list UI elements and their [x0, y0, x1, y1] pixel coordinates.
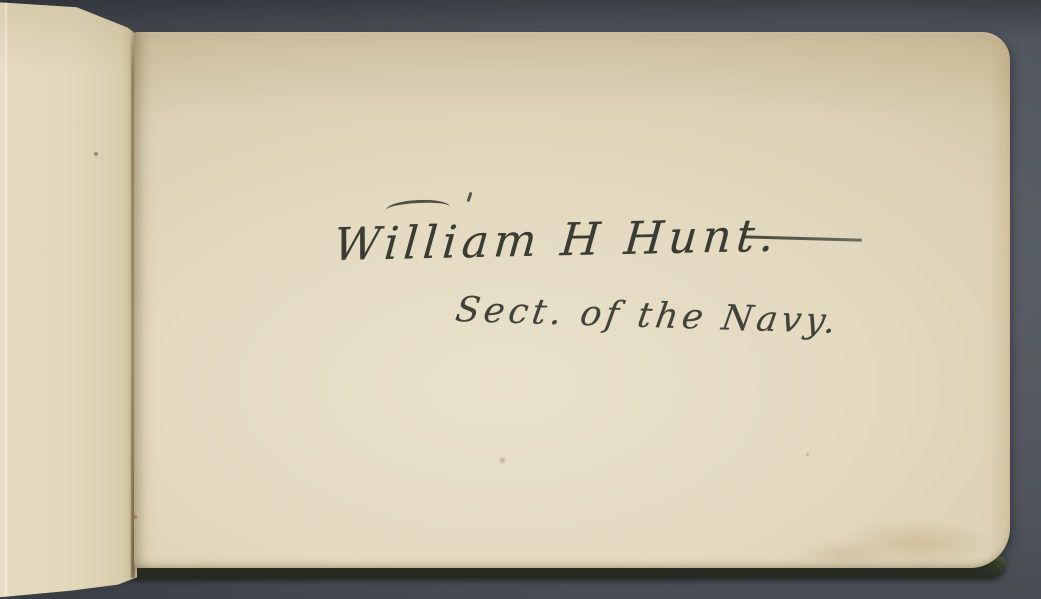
signature-name: William H Hunt.	[332, 209, 781, 271]
inscription: William H Hunt. Sect. of the Navy.	[134, 32, 1010, 568]
signature-title: Sect. of the Navy.	[453, 290, 843, 342]
page-speck	[94, 152, 98, 156]
page-stain	[800, 542, 890, 568]
page-speck	[806, 453, 809, 456]
left-page	[0, 0, 137, 599]
album-page-recto: William H Hunt. Sect. of the Navy.	[134, 32, 1010, 568]
autograph-album: William H Hunt. Sect. of the Navy.	[0, 0, 1041, 599]
handwriting-stroke-tick	[467, 192, 473, 202]
left-page-edge-highlight	[5, 0, 7, 599]
page-speck	[133, 515, 137, 519]
page-speck	[500, 458, 505, 463]
photo-background: William H Hunt. Sect. of the Navy.	[0, 0, 1041, 599]
